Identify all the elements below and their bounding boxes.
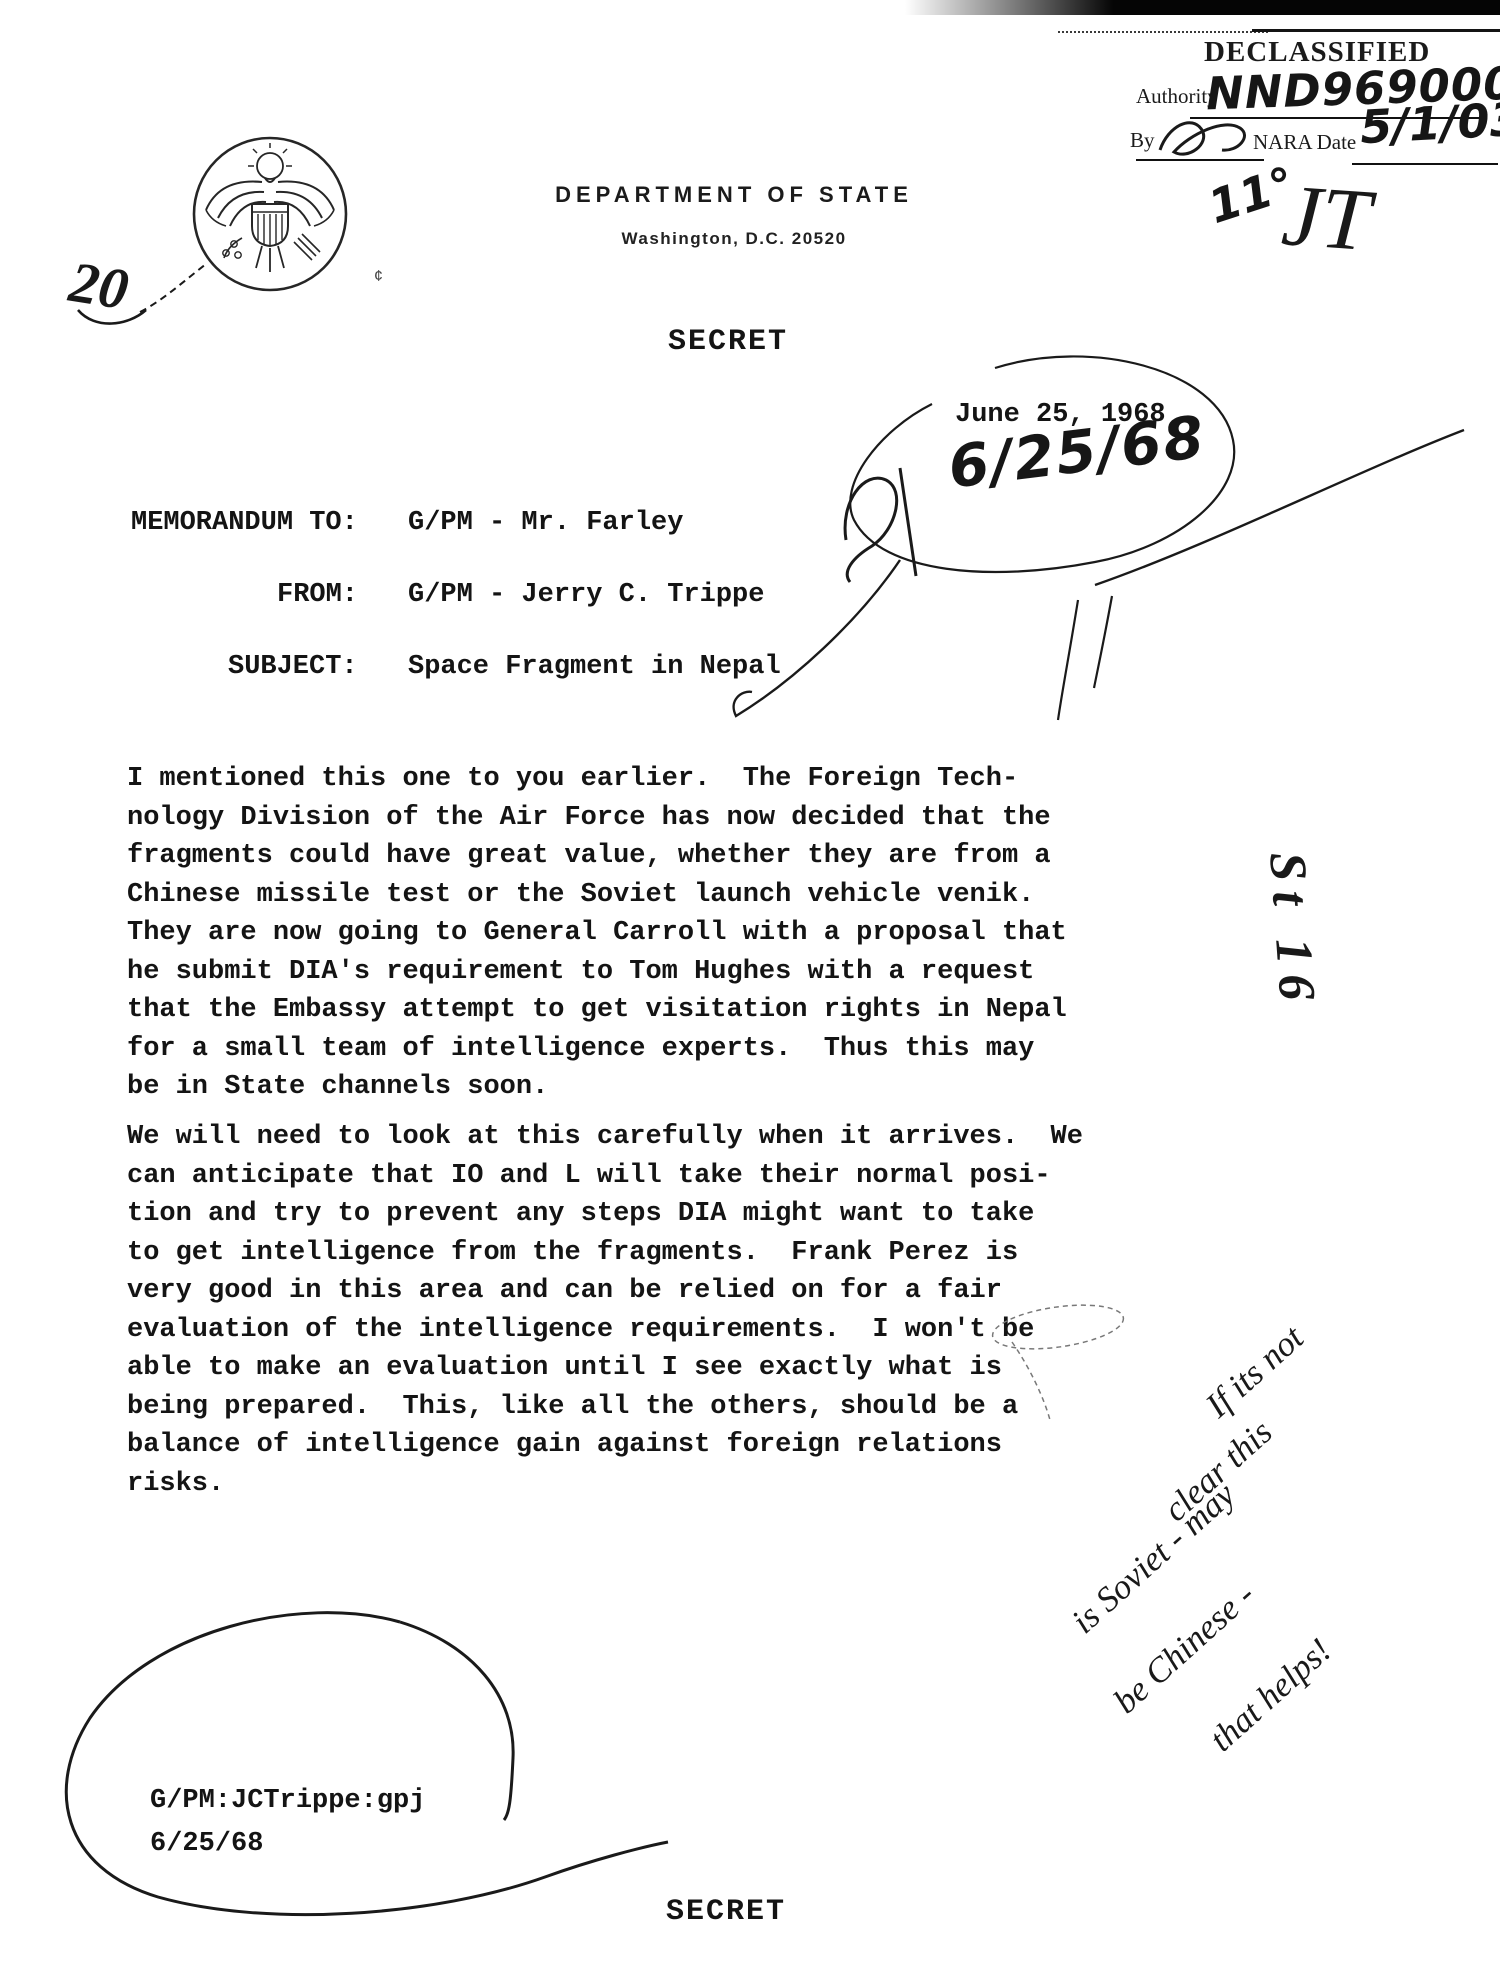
memo-from-label: FROM:	[277, 580, 358, 610]
stamp-by-underline	[1136, 159, 1264, 161]
classification-bottom: SECRET	[666, 1895, 786, 1929]
stamp-nara-date-value: 5/1/03	[1359, 92, 1500, 154]
reference-date-line: 6/25/68	[150, 1829, 263, 1859]
memo-to-value: G/PM - Mr. Farley	[408, 508, 683, 538]
corner-mark-20: 20	[65, 248, 133, 323]
body-paragraph-1: I mentioned this one to you earlier. The…	[127, 760, 1067, 1107]
body-paragraph-2: We will need to look at this carefully w…	[127, 1118, 1083, 1503]
department-seal-icon	[182, 126, 358, 302]
department-heading: DEPARTMENT OF STATE	[484, 182, 984, 208]
cent-mark: ¢	[374, 268, 383, 286]
margin-note-line-5: that helps!	[1202, 1630, 1339, 1759]
stamp-solid-line	[1252, 29, 1500, 32]
margin-note-line-1: If its not	[1198, 1318, 1311, 1426]
side-mark: St 16	[1257, 850, 1327, 1012]
scan-artifact-band	[905, 0, 1500, 15]
stamp-nara-label: NARA Date	[1253, 130, 1356, 155]
memo-subject-label: SUBJECT:	[228, 652, 358, 682]
stamp-dotted-line	[1058, 31, 1268, 33]
stamp-date-underline	[1352, 163, 1498, 165]
memo-subject-value: Space Fragment in Nepal	[408, 652, 781, 682]
memo-from-value: G/PM - Jerry C. Trippe	[408, 580, 764, 610]
memo-document-page: DECLASSIFIED Authority NND969000 By NARA…	[0, 0, 1500, 1965]
initials-jt: JT	[1279, 165, 1374, 272]
stamp-by-label: By	[1130, 128, 1155, 153]
department-address: Washington, D.C. 20520	[484, 229, 984, 249]
reference-office-line: G/PM:JCTrippe:gpj	[150, 1786, 425, 1816]
memo-to-label: MEMORANDUM TO:	[131, 508, 358, 538]
classification-top: SECRET	[668, 325, 788, 359]
